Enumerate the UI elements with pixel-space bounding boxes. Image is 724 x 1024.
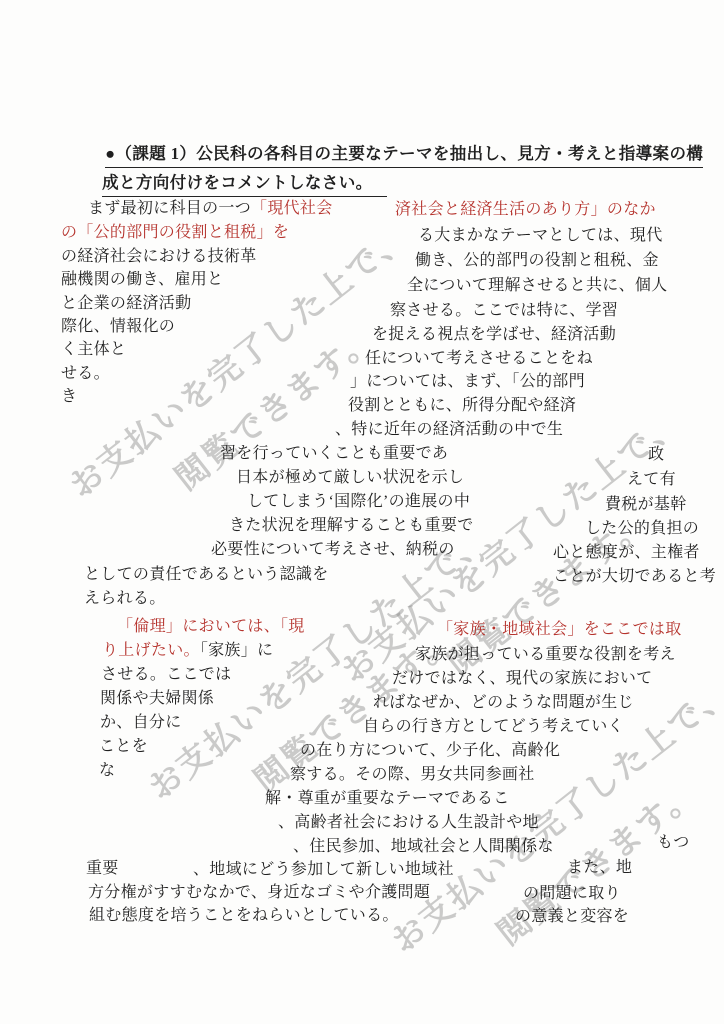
body-text: 察する。その際、男女共同参画社 — [290, 766, 535, 783]
text-fragment: 察させる。ここでは特に、学習 — [390, 301, 618, 321]
text-fragment: ことを — [99, 737, 148, 757]
text-fragment: もつ — [657, 833, 690, 853]
body-text: 必要性について考えさせ、納税の — [211, 541, 455, 558]
body-text: 方分権がすすむなかで、身近なゴミや介護問題 — [88, 884, 430, 901]
text-fragment: 関係や夫婦関係 — [100, 689, 214, 709]
text-fragment: 、高齢者社会における人生設計や地 — [278, 813, 539, 833]
body-text: えられる。 — [84, 590, 166, 607]
document-page: お支払いを完了した上で、閲覧できます。お支払いを完了した上で、閲覧できます。お支… — [0, 0, 724, 1024]
text-fragment: 融機関の働き、雇用と — [61, 270, 223, 290]
body-text: もつ — [657, 834, 690, 851]
red-emphasis-text: 「倫理」においては、「現 — [117, 618, 305, 635]
text-fragment: の在り方について、少子化、高齢化 — [300, 741, 560, 761]
text-fragment: 察する。その際、男女共同参画社 — [290, 765, 535, 785]
body-text: ことが大切であると考 — [553, 568, 716, 585]
body-text: ればなぜか、どのような問題が生じ — [373, 694, 634, 711]
body-text: の意義と変容を — [515, 908, 629, 925]
red-emphasis-text: 済社会と経済生活のあり方」のなか — [395, 201, 656, 218]
body-text: る大まかなテーマとしては、現代 — [418, 227, 663, 244]
body-text: えて有 — [627, 471, 676, 488]
text-fragment: 習を行っていくことも重要であ — [220, 444, 448, 464]
body-text: の問題に取り — [523, 885, 621, 902]
text-fragment: の問題に取り — [523, 884, 621, 904]
body-text: また、地 — [567, 859, 632, 876]
body-text: 」については、まず、「公的部門 — [350, 373, 585, 390]
body-text: 日本が極めて厳しい状況を示し — [236, 469, 464, 486]
body-text: 「家族」に — [200, 642, 274, 659]
body-text: 習を行っていくことも重要であ — [220, 445, 448, 462]
body-text: 心と態度が、主権者 — [553, 544, 700, 561]
body-text: せる。 — [61, 365, 110, 382]
text-fragment: 費税が基幹 — [605, 495, 687, 515]
text-fragment: 全について理解させると共に、個人 — [407, 276, 667, 296]
text-fragment: まず最初に科目の一つ「現代社会 — [88, 199, 333, 219]
text-fragment: き — [61, 387, 77, 407]
red-emphasis-text: 「家族・地域社会」をここでは取 — [437, 621, 682, 638]
text-fragment: の経済社会における技術革 — [61, 247, 257, 267]
body-text: を捉える視点を学ばせ、経済活動 — [372, 326, 616, 343]
text-fragment: きた状況を理解することも重要で — [229, 516, 474, 536]
text-fragment: り上げたい。「家族」に — [102, 641, 273, 661]
body-text: 重要 — [86, 860, 119, 877]
red-emphasis-text: の「公的部門の役割と租税」を — [61, 224, 289, 241]
body-text: きた状況を理解することも重要で — [229, 517, 474, 534]
text-fragment: な — [99, 761, 115, 781]
body-text: としての責任であるという認識を — [84, 566, 329, 583]
text-fragment: 「倫理」においては、「現 — [117, 617, 305, 637]
text-fragment: る大まかなテーマとしては、現代 — [418, 226, 663, 246]
text-fragment: また、地 — [567, 858, 632, 878]
text-fragment: 解・尊重が重要なテーマであるこ — [265, 789, 510, 809]
body-text: 、地域にどう参加して新しい地域社 — [193, 861, 454, 878]
text-fragment: と企業の経済活動 — [61, 294, 191, 314]
body-text: 組む態度を培うことをねらいとしている。 — [89, 907, 399, 924]
body-text: 際化、情報化の — [61, 318, 175, 335]
text-fragment: させる。ここでは — [101, 665, 231, 685]
text-fragment: く主体と — [61, 340, 126, 360]
text-fragment: せる。 — [61, 364, 110, 384]
text-fragment: 、住民参加、地域社会と人間関係な — [293, 837, 554, 857]
text-fragment: 働き、公的部門の役割と租税、金 — [415, 251, 659, 271]
body-text: 役割とともに、所得分配や経済 — [348, 397, 576, 414]
text-fragment: えられる。 — [84, 589, 166, 609]
body-text: 政 — [648, 446, 664, 463]
text-fragment: だけではなく、現代の家族において — [392, 669, 652, 689]
text-fragment: 自らの行き方としてどう考えていく — [363, 717, 624, 737]
body-text: の在り方について、少子化、高齢化 — [300, 742, 560, 759]
body-text: の経済社会における技術革 — [61, 248, 257, 265]
body-text: 費税が基幹 — [605, 496, 687, 513]
text-fragment: 」については、まず、「公的部門 — [350, 372, 585, 392]
text-fragment: 際化、情報化の — [61, 317, 175, 337]
red-emphasis-text: り上げたい。 — [102, 642, 200, 659]
text-fragment: の意義と変容を — [515, 907, 629, 927]
body-text: か、自分に — [100, 714, 182, 731]
body-text: 自らの行き方としてどう考えていく — [363, 718, 624, 735]
text-fragment: 方分権がすすむなかで、身近なゴミや介護問題 — [88, 883, 430, 903]
body-text: 、住民参加、地域社会と人間関係な — [293, 838, 554, 855]
body-text: 関係や夫婦関係 — [100, 690, 214, 707]
text-fragment: 「家族・地域社会」をここでは取 — [437, 620, 682, 640]
text-fragment: 心と態度が、主権者 — [553, 543, 700, 563]
red-emphasis-text: 「現代社会 — [251, 200, 333, 217]
body-text: 任について考えさせることをね — [365, 350, 593, 367]
body-text: 全について理解させると共に、個人 — [407, 277, 667, 294]
body-text: 融機関の働き、雇用と — [61, 271, 223, 288]
body-text: 働き、公的部門の役割と租税、金 — [415, 252, 659, 269]
text-fragment: を捉える視点を学ばせ、経済活動 — [372, 325, 616, 345]
text-fragment: 済社会と経済生活のあり方」のなか — [395, 200, 656, 220]
body-text: してしまう‘国際化’の進展の中 — [247, 493, 470, 510]
text-fragment: 、地域にどう参加して新しい地域社 — [193, 860, 454, 880]
text-fragment: ことが大切であると考 — [553, 567, 716, 587]
text-fragment: 日本が極めて厳しい状況を示し — [236, 468, 464, 488]
body-text: だけではなく、現代の家族において — [392, 670, 652, 687]
body-text: き — [61, 388, 77, 405]
text-fragment: 役割とともに、所得分配や経済 — [348, 396, 576, 416]
text-fragment: 家族が担っている重要な役割を考え — [415, 645, 676, 665]
body-text: した公的負担の — [585, 520, 699, 537]
text-fragment: えて有 — [627, 470, 676, 490]
body-text: と企業の経済活動 — [61, 295, 191, 312]
text-fragment: してしまう‘国際化’の進展の中 — [247, 492, 470, 512]
text-fragment: 必要性について考えさせ、納税の — [211, 540, 455, 560]
text-fragment: としての責任であるという認識を — [84, 565, 329, 585]
text-fragment: 重要 — [86, 859, 119, 879]
body-text: 、高齢者社会における人生設計や地 — [278, 814, 539, 831]
body-text: ことを — [99, 738, 148, 755]
body-text: させる。ここでは — [101, 666, 231, 683]
body-text: 、特に近年の経済活動の中で生 — [335, 421, 563, 438]
text-fragment: 任について考えさせることをね — [365, 349, 593, 369]
text-fragment: ればなぜか、どのような問題が生じ — [373, 693, 634, 713]
text-fragment: 政 — [648, 445, 664, 465]
text-fragment: の「公的部門の役割と租税」を — [61, 223, 289, 243]
body-text: まず最初に科目の一つ — [88, 200, 251, 217]
body-text: く主体と — [61, 341, 126, 358]
body-text: 解・尊重が重要なテーマであるこ — [265, 790, 510, 807]
body-text: 家族が担っている重要な役割を考え — [415, 646, 676, 663]
body-text: 察させる。ここでは特に、学習 — [390, 302, 618, 319]
text-fragment: 、特に近年の経済活動の中で生 — [335, 420, 563, 440]
text-fragment: した公的負担の — [585, 519, 699, 539]
body-text: な — [99, 762, 115, 779]
text-fragment: 組む態度を培うことをねらいとしている。 — [89, 906, 399, 926]
text-fragment: か、自分に — [100, 713, 182, 733]
